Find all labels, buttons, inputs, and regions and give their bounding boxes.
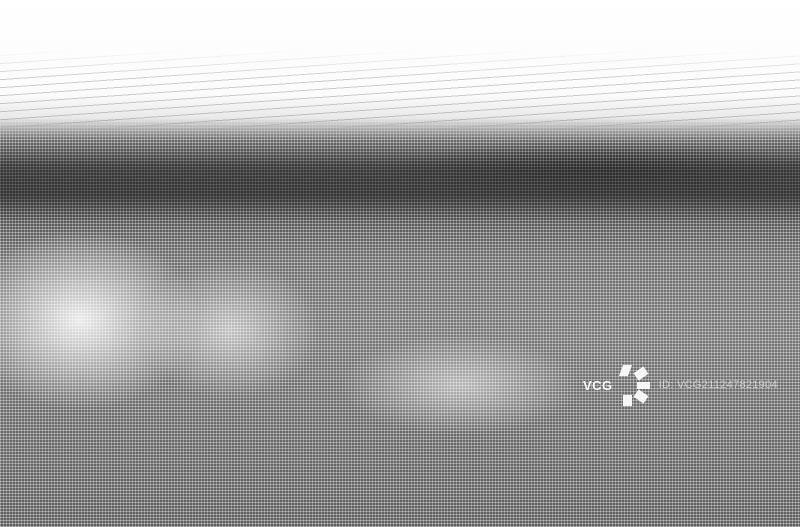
watermark-brand: VCG — [583, 378, 613, 393]
watermark: VCG ID: VCG211247821904 — [583, 360, 778, 410]
top-speckle-strokes — [0, 0, 800, 527]
vcg-logo-icon — [619, 363, 653, 407]
watermark-id: ID: VCG211247821904 — [659, 379, 778, 391]
texture-canvas: VCG ID: VCG211247821904 — [0, 0, 800, 527]
